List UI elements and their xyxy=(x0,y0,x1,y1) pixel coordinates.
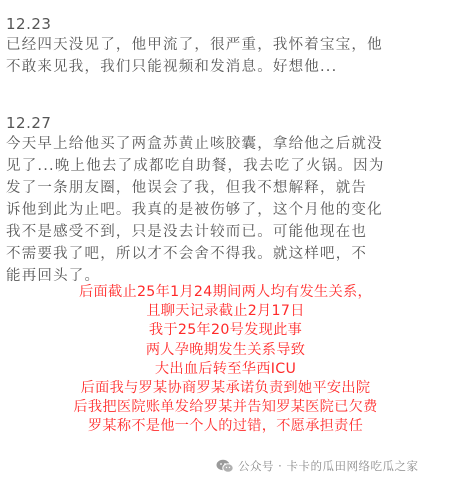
entry-date: 12.23 xyxy=(6,14,446,34)
watermark-text: 公众号 · 卡卡的瓜田网络吃瓜之家 xyxy=(238,458,418,474)
red-annotation: 后面截止25年1月24期间两人均有发生关系， 且聊天记录截止2月17日 我于25… xyxy=(0,283,451,437)
entry-line: 见了...晚上他去了成都吃自助餐，我去吃了火锅。因为 xyxy=(6,155,446,177)
annotation-line: 两人孕晚期发生关系导致 xyxy=(0,341,451,360)
entry-line: 今天早上给他买了两盒苏黄止咳胶囊，拿给他之后就没 xyxy=(6,133,446,155)
entry-line: 发了一条朋友圈，他误会了我，但我不想解释，就告 xyxy=(6,177,446,199)
annotation-line: 大出血后转至华西ICU xyxy=(0,360,451,379)
wechat-icon xyxy=(216,459,234,473)
annotation-line: 后我把医院账单发给罗某并告知罗某医院已欠费 xyxy=(0,398,451,417)
entry-line: 已经四天没见了，他甲流了，很严重，我怀着宝宝，他 xyxy=(6,34,446,56)
entry-line: 我不是感受不到，只是没去计较而已。可能他现在也 xyxy=(6,221,446,243)
annotation-line: 罗某称不是他一个人的过错，不愿承担责任 xyxy=(0,417,451,436)
entry-line: 诉他到此为止吧。我真的是被伤够了，这个月他的变化 xyxy=(6,199,446,221)
diary-entry-1: 12.23 已经四天没见了，他甲流了，很严重，我怀着宝宝，他 不敢来见我，我们只… xyxy=(6,14,446,78)
entry-line: 不需要我了吧，所以才不会舍不得我。就这样吧，不 xyxy=(6,243,446,265)
annotation-line: 后面截止25年1月24期间两人均有发生关系， xyxy=(0,283,451,302)
annotation-line: 我于25年20号发现此事 xyxy=(0,321,451,340)
diary-entry-2: 12.27 今天早上给他买了两盒苏黄止咳胶囊，拿给他之后就没 见了...晚上他去… xyxy=(6,113,446,287)
entry-line: 不敢来见我，我们只能视频和发消息。好想他... xyxy=(6,56,446,78)
entry-date: 12.27 xyxy=(6,113,446,133)
annotation-line: 后面我与罗某协商罗某承诺负责到她平安出院 xyxy=(0,379,451,398)
watermark: 公众号 · 卡卡的瓜田网络吃瓜之家 xyxy=(216,458,418,474)
annotation-line: 且聊天记录截止2月17日 xyxy=(0,302,451,321)
